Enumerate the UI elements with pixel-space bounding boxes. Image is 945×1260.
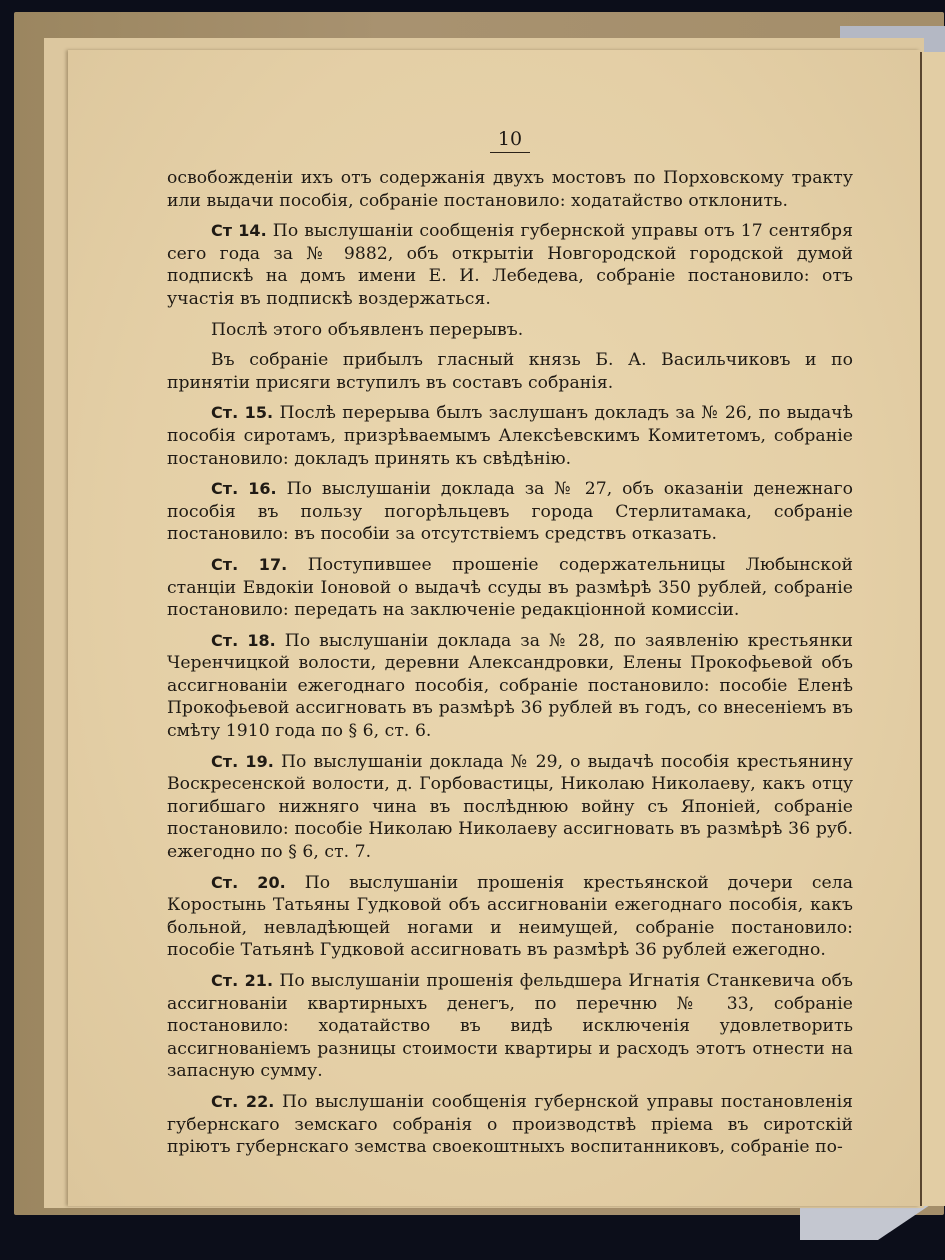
article-18: Ст. 18. По выслушаніи доклада за № 28, п… bbox=[167, 630, 853, 743]
article-label: Ст. 16. bbox=[211, 479, 277, 498]
article-14: Ст 14. По выслушаніи сообщенія губернско… bbox=[167, 220, 853, 310]
article-label: Ст. 20. bbox=[211, 873, 286, 892]
page-content: 10 освобожденіи ихъ отъ содержанія двухъ… bbox=[167, 128, 853, 1167]
paragraph-continuation: освобожденіи ихъ отъ содержанія двухъ мо… bbox=[167, 167, 853, 212]
paragraph-text: Въ собраніе прибылъ гласный князь Б. А. … bbox=[167, 350, 853, 393]
article-19: Ст. 19. По выслушаніи доклада № 29, о вы… bbox=[167, 751, 853, 864]
article-label: Ст. 18. bbox=[211, 631, 276, 650]
article-label: Ст. 15. bbox=[211, 403, 273, 422]
article-22: Ст. 22. По выслушаніи сообщенія губернск… bbox=[167, 1091, 853, 1159]
article-label: Ст 14. bbox=[211, 221, 267, 240]
paragraph-break-announcement: Послѣ этого объявленъ перерывъ. bbox=[167, 319, 853, 342]
article-label: Ст. 21. bbox=[211, 971, 273, 990]
article-label: Ст. 22. bbox=[211, 1092, 274, 1111]
article-label: Ст. 19. bbox=[211, 752, 274, 771]
article-15: Ст. 15. Послѣ перерыва былъ заслушанъ до… bbox=[167, 402, 853, 470]
next-page-edge bbox=[920, 52, 945, 1206]
paragraph-arrival: Въ собраніе прибылъ гласный князь Б. А. … bbox=[167, 349, 853, 394]
paragraph-text: По выслушаніи сообщенія губернской управ… bbox=[167, 221, 853, 309]
article-17: Ст. 17. Поступившее прошеніе содержатель… bbox=[167, 554, 853, 622]
article-label: Ст. 17. bbox=[211, 555, 287, 574]
page-number: 10 bbox=[490, 128, 530, 153]
article-20: Ст. 20. По выслушаніи прошенія крестьянс… bbox=[167, 872, 853, 962]
article-16: Ст. 16. По выслушаніи доклада за № 27, о… bbox=[167, 478, 853, 546]
paragraph-text: освобожденіи ихъ отъ содержанія двухъ мо… bbox=[167, 168, 853, 211]
article-21: Ст. 21. По выслушаніи прошенія фельдшера… bbox=[167, 970, 853, 1083]
binding-cloth-bottom bbox=[800, 1205, 930, 1240]
paragraph-text: Послѣ этого объявленъ перерывъ. bbox=[211, 320, 523, 340]
